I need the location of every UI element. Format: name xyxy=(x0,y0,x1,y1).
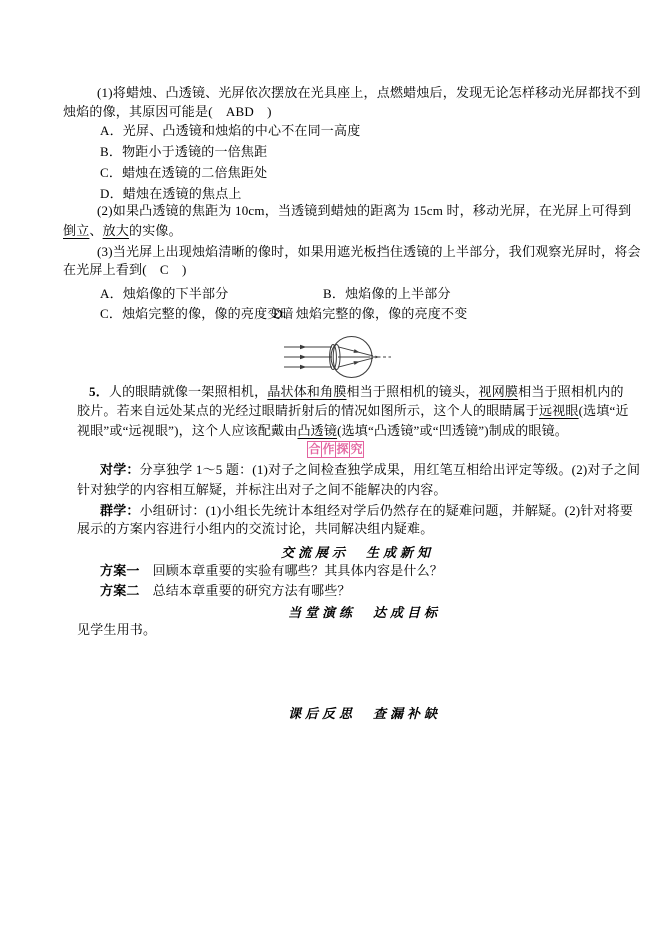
q5-l1-a: 人的眼睛就像一架照相机， xyxy=(109,384,267,399)
q5-l2-a: 胶片。若来自远处某点的光经过眼睛折射后的情况如图所示，这个人的眼睛属于 xyxy=(77,403,539,418)
q4-option-c: C．蜡烛在透镜的二倍焦距处 xyxy=(100,165,267,181)
q4b-option-d: D．烛焰完整的像，像的亮度不变 xyxy=(273,306,467,322)
section-header-class-practice: 当堂演练 达成目标 xyxy=(288,602,441,621)
header-char-box: 究 xyxy=(349,441,364,458)
worksheet-page: (1)将蜡烛、凸透镜、光屏依次摆放在光具座上，点燃蜡烛后，发现无论怎样移动光屏都… xyxy=(0,0,661,935)
header-char-box: 探 xyxy=(335,441,350,458)
see-student-book-note: 见学生用书。 xyxy=(77,622,156,638)
q4-part1-line1: (1)将蜡烛、凸透镜、光屏依次摆放在光具座上，点燃蜡烛后，发现无论怎样移动光屏都… xyxy=(97,85,641,101)
plan-two-line: 方案二总结本章重要的研究方法有哪些？ xyxy=(100,583,351,599)
answer-blank-magnified: 放大 xyxy=(103,223,129,238)
q5-line3: 视眼”或“远视眼”)，这个人应该配戴由凸透镜(选填“凸透镜”或“凹透镜”)制成的… xyxy=(77,423,568,439)
q5-l3-a: 视眼”或“远视眼”)，这个人应该配戴由 xyxy=(77,423,297,438)
plan-one-line: 方案一回顾本章重要的实验有哪些？其具体内容是什么？ xyxy=(100,563,443,579)
q4-part2-line2: 倒立、放大的实像。 xyxy=(63,223,182,239)
answer-blank-inverted: 倒立 xyxy=(63,223,89,238)
ray-arrowheads xyxy=(300,345,307,369)
q4-part3-line1: (3)当光屏上出现烛焰清晰的像时，如果用遮光板挡住透镜的上半部分，我们观察光屏时… xyxy=(97,244,641,260)
q4-option-d: D．蜡烛在透镜的焦点上 xyxy=(100,186,242,202)
plan-one-text: 回顾本章重要的实验有哪些？其具体内容是什么？ xyxy=(153,563,443,578)
q4b-option-b: B．烛焰像的上半部分 xyxy=(323,286,451,302)
q4-part3-line2-answer: 在光屏上看到( C ) xyxy=(63,262,187,278)
header-char-box: 作 xyxy=(321,441,336,458)
focus-behind-retina-dashes xyxy=(371,355,392,358)
answer-blank-lens-cornea: 晶状体和角膜 xyxy=(267,384,346,399)
answer-blank-retina: 视网膜 xyxy=(479,384,519,399)
refracted-rays xyxy=(338,347,371,367)
q4-option-a: A．光屏、凸透镜和烛焰的中心不在同一高度 xyxy=(100,123,360,139)
answer-blank-convex-lens: 凸透镜 xyxy=(297,423,337,438)
plan-two-text: 总结本章重要的研究方法有哪些？ xyxy=(153,583,351,598)
q5-l1-c: 相当于照相机内的 xyxy=(518,384,624,399)
section-header-after-class-reflection: 课后反思 查漏补缺 xyxy=(288,703,441,722)
answer-blank-farsighted: 远视眼 xyxy=(539,403,579,418)
q5-line1: 5．人的眼睛就像一架照相机，晶状体和角膜相当于照相机的镜头，视网膜相当于照相机内… xyxy=(89,384,624,400)
pair-study-label: 对学： xyxy=(100,462,140,477)
q5-number: 5． xyxy=(89,384,109,399)
plan-one-label: 方案一 xyxy=(100,563,140,578)
q5-l2-b: (选填“近 xyxy=(579,403,629,418)
q4-part1-line2-answer: 烛焰的像，其原因可能是( ABD ) xyxy=(63,104,272,120)
group-study-line1: 群学：小组研讨：(1)小组长先统计本组经对学后仍然存在的疑难问题，并解疑。(2)… xyxy=(100,503,633,519)
q5-l3-b: (选填“凸透镜”或“凹透镜”)制成的眼镜。 xyxy=(337,423,568,438)
section-header-exchange-display: 交流展示 生成新知 xyxy=(281,542,434,561)
group-study-label: 群学： xyxy=(100,503,140,518)
separator: 、 xyxy=(89,223,102,238)
q5-line2: 胶片。若来自远处某点的光经过眼睛折射后的情况如图所示，这个人的眼睛属于远视眼(选… xyxy=(77,403,629,419)
q4-option-b: B．物距小于透镜的一倍焦距 xyxy=(100,144,267,160)
q5-l1-b: 相当于照相机的镜头， xyxy=(347,384,479,399)
header-char-box: 合 xyxy=(307,441,322,458)
parallel-rays xyxy=(284,347,332,367)
q4b-option-c: C．烛焰完整的像，像的亮度变暗 xyxy=(100,306,294,322)
group-study-line2: 展示的方案内容进行小组内的交流讨论，共同解决组内疑难。 xyxy=(77,521,433,537)
q4b-option-a: A．烛焰像的下半部分 xyxy=(100,286,228,302)
group-study-text1: 小组研讨：(1)小组长先统计本组经对学后仍然存在的疑难问题，并解疑。(2)针对将… xyxy=(140,503,634,518)
plan-two-label: 方案二 xyxy=(100,583,140,598)
q4-part2-line1: (2)如果凸透镜的焦距为 10cm，当透镜到蜡烛的距离为 15cm 时，移动光屏… xyxy=(97,203,631,219)
section-header-cooperative-inquiry: 合 作 探 究 xyxy=(307,441,364,458)
pair-study-line2: 针对独学的内容相互解疑，并标注出对子之间不能解决的内容。 xyxy=(77,482,447,498)
q4-part2-tail: 的实像。 xyxy=(129,223,182,238)
pair-study-text1: 分享独学 1～5 题：(1)对子之间检查独学成果，用红笔互相给出评定等级。(2)… xyxy=(140,462,641,477)
eye-refraction-diagram xyxy=(278,332,415,382)
pair-study-line1: 对学：分享独学 1～5 题：(1)对子之间检查独学成果，用红笔互相给出评定等级。… xyxy=(100,462,640,478)
